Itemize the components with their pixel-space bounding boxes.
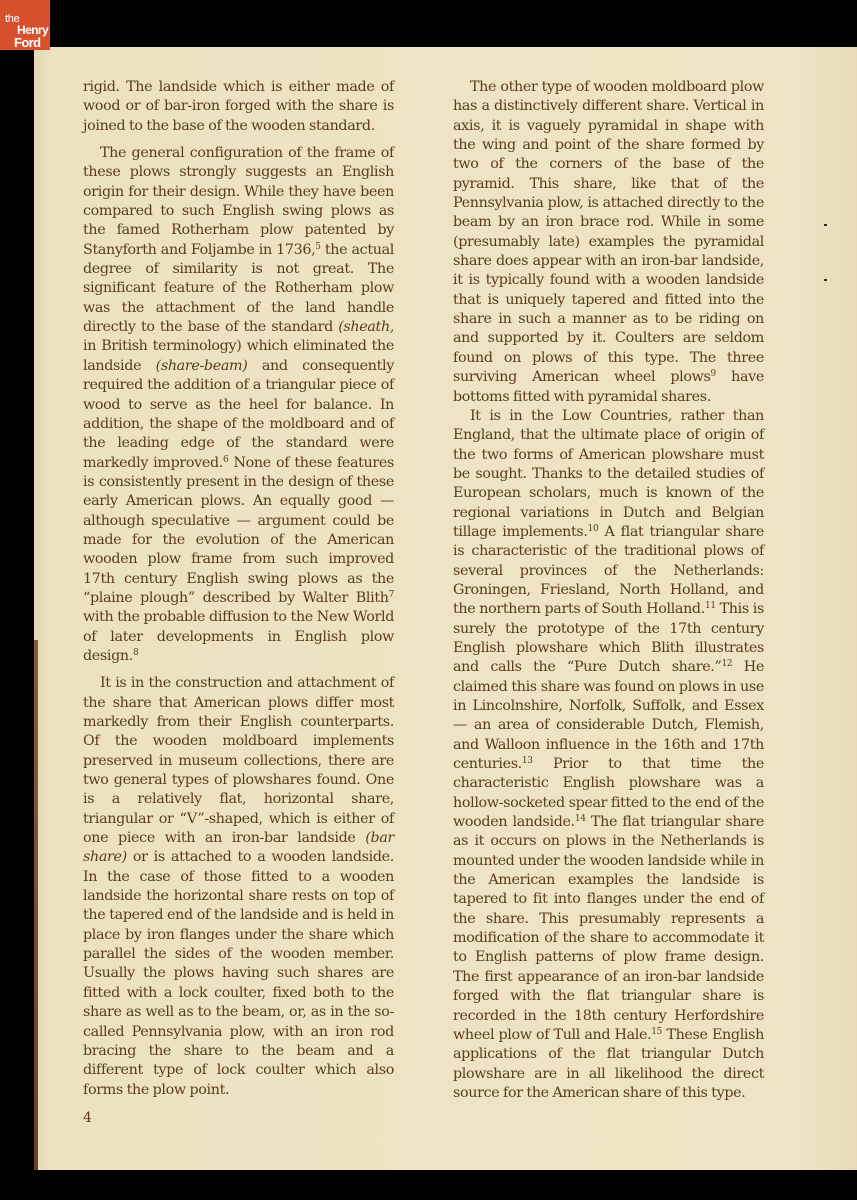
henry-ford-logo: the Henry Ford: [0, 0, 50, 50]
paragraph: rigid. The landside which is either made…: [83, 78, 394, 136]
footnote-reference: 11: [705, 601, 716, 611]
scan-border-bottom: [0, 1170, 857, 1200]
italic-term: (bar share): [83, 830, 394, 865]
footnote-reference: 9: [711, 369, 716, 379]
footnote-reference: 7: [389, 590, 394, 600]
footnote-reference: 8: [133, 648, 138, 658]
scan-artifact-speck: [824, 224, 827, 226]
footnote-reference: 14: [575, 814, 586, 824]
paragraph: The general configuration of the frame o…: [83, 144, 394, 666]
footnote-reference: 10: [588, 524, 599, 534]
right-text-column: The other type of wooden moldboard plow …: [453, 78, 764, 1103]
italic-term: (share-beam): [156, 358, 248, 374]
logo-text-ford: Ford: [14, 36, 40, 49]
paragraph: The other type of wooden moldboard plow …: [453, 78, 764, 407]
footnote-reference: 6: [223, 455, 228, 465]
left-text-column: rigid. The landside which is either made…: [83, 78, 394, 1100]
footnote-reference: 5: [315, 242, 320, 252]
scan-artifact-speck: [824, 279, 827, 281]
paragraph: It is in the construction and attachment…: [83, 674, 394, 1100]
footnote-reference: 12: [721, 659, 732, 669]
page-edge-binding: [34, 640, 38, 1170]
paragraph: It is in the Low Countries, rather than …: [453, 407, 764, 1103]
italic-term: (sheath,: [338, 319, 394, 335]
footnote-reference: 15: [651, 1027, 662, 1037]
footnote-reference: 13: [522, 756, 533, 766]
page-number: 4: [83, 1110, 92, 1126]
